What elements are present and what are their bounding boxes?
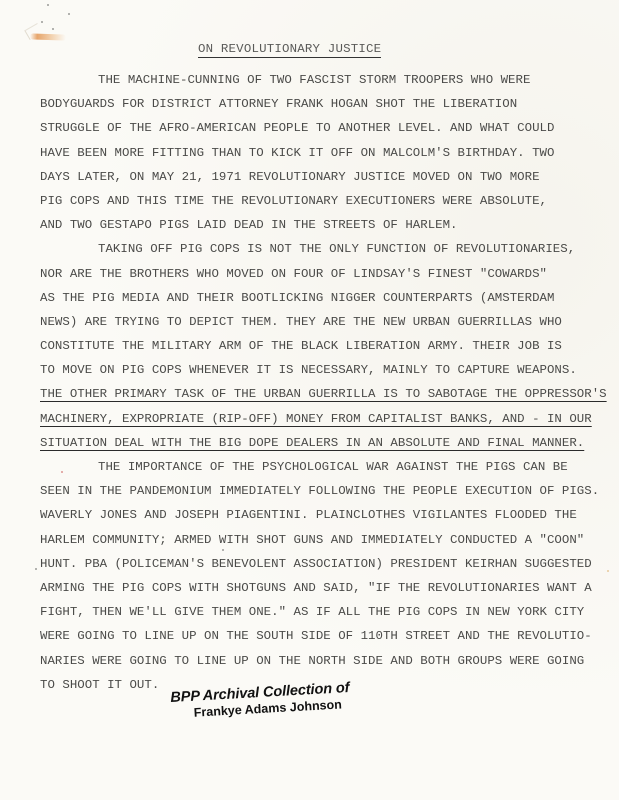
paper-speck [222,549,224,551]
paper-speck [61,471,63,473]
line-text: TO SHOOT IT OUT. [40,678,159,692]
line-text: FIGHT, THEN WE'LL GIVE THEM ONE." AS IF … [40,605,584,619]
paragraph-line: HAVE BEEN MORE FITTING THAN TO KICK IT O… [40,141,615,165]
paragraph-line: ARMING THE PIG COPS WITH SHOTGUNS AND SA… [40,576,615,600]
line-text: HAVE BEEN MORE FITTING THAN TO KICK IT O… [40,146,554,160]
paragraph-line: HUNT. PBA (POLICEMAN'S BENEVOLENT ASSOCI… [40,552,615,576]
paragraph-line: CONSTITUTE THE MILITARY ARM OF THE BLACK… [40,334,615,358]
paragraph-line: PIG COPS AND THIS TIME THE REVOLUTIONARY… [40,189,615,213]
line-text: THE OTHER PRIMARY TASK OF THE URBAN GUER… [40,387,607,401]
line-text: BODYGUARDS FOR DISTRICT ATTORNEY FRANK H… [40,97,517,111]
line-text: NOR ARE THE BROTHERS WHO MOVED ON FOUR O… [40,267,547,281]
line-text: NEWS) ARE TRYING TO DEPICT THEM. THEY AR… [40,315,562,329]
paragraph-line: WAVERLY JONES AND JOSEPH PIAGENTINI. PLA… [40,503,615,527]
paragraph-line: NARIES WERE GOING TO LINE UP ON THE NORT… [40,649,615,673]
line-text: ARMING THE PIG COPS WITH SHOTGUNS AND SA… [40,581,592,595]
document-body: THE MACHINE-CUNNING OF TWO FASCIST STORM… [40,68,615,697]
line-text: AS THE PIG MEDIA AND THEIR BOOTLICKING N… [40,291,554,305]
paragraph-line: SEEN IN THE PANDEMONIUM IMMEDIATELY FOLL… [40,479,615,503]
line-text: STRUGGLE OF THE AFRO-AMERICAN PEOPLE TO … [40,121,554,135]
paragraph-line: HARLEM COMMUNITY; ARMED WITH SHOT GUNS A… [40,528,615,552]
paragraph-line: NOR ARE THE BROTHERS WHO MOVED ON FOUR O… [40,262,615,286]
paragraph-first-line: TAKING OFF PIG COPS IS NOT THE ONLY FUNC… [40,237,615,261]
line-text: MACHINERY, EXPROPRIATE (RIP-OFF) MONEY F… [40,412,592,426]
line-text: CONSTITUTE THE MILITARY ARM OF THE BLACK… [40,339,562,353]
paragraph-line: SITUATION DEAL WITH THE BIG DOPE DEALERS… [40,431,615,455]
paragraph-line: WERE GOING TO LINE UP ON THE SOUTH SIDE … [40,624,615,648]
paper-speck [68,13,70,15]
paragraph-line: TO MOVE ON PIG COPS WHENEVER IT IS NECES… [40,358,615,382]
paper-speck [607,570,609,572]
line-text: WAVERLY JONES AND JOSEPH PIAGENTINI. PLA… [40,508,577,522]
line-text: HARLEM COMMUNITY; ARMED WITH SHOT GUNS A… [40,533,584,547]
paragraph-line: AND TWO GESTAPO PIGS LAID DEAD IN THE ST… [40,213,615,237]
line-text: THE MACHINE-CUNNING OF TWO FASCIST STORM… [98,73,530,87]
line-text: WERE GOING TO LINE UP ON THE SOUTH SIDE … [40,629,592,643]
line-text: HUNT. PBA (POLICEMAN'S BENEVOLENT ASSOCI… [40,557,592,571]
paper-speck [47,4,49,6]
paragraph-line: BODYGUARDS FOR DISTRICT ATTORNEY FRANK H… [40,92,615,116]
paragraph-line: THE OTHER PRIMARY TASK OF THE URBAN GUER… [40,382,615,406]
paper-speck [52,28,54,30]
paragraph-line: FIGHT, THEN WE'LL GIVE THEM ONE." AS IF … [40,600,615,624]
line-text: SITUATION DEAL WITH THE BIG DOPE DEALERS… [40,436,584,450]
line-text: AND TWO GESTAPO PIGS LAID DEAD IN THE ST… [40,218,458,232]
line-text: DAYS LATER, ON MAY 21, 1971 REVOLUTIONAR… [40,170,540,184]
line-text: TAKING OFF PIG COPS IS NOT THE ONLY FUNC… [98,242,575,256]
document-page: ON REVOLUTIONARY JUSTICE THE MACHINE-CUN… [0,0,619,800]
line-text: NARIES WERE GOING TO LINE UP ON THE NORT… [40,654,584,668]
paragraph-line: NEWS) ARE TRYING TO DEPICT THEM. THEY AR… [40,310,615,334]
paragraph-first-line: THE IMPORTANCE OF THE PSYCHOLOGICAL WAR … [40,455,615,479]
paragraph-line: MACHINERY, EXPROPRIATE (RIP-OFF) MONEY F… [40,407,615,431]
paper-speck [35,568,37,570]
line-text: TO MOVE ON PIG COPS WHENEVER IT IS NECES… [40,363,577,377]
paragraph-line: AS THE PIG MEDIA AND THEIR BOOTLICKING N… [40,286,615,310]
paper-speck [41,21,43,23]
paragraph-first-line: THE MACHINE-CUNNING OF TWO FASCIST STORM… [40,68,615,92]
paragraph-line: DAYS LATER, ON MAY 21, 1971 REVOLUTIONAR… [40,165,615,189]
line-text: SEEN IN THE PANDEMONIUM IMMEDIATELY FOLL… [40,484,599,498]
line-text: THE IMPORTANCE OF THE PSYCHOLOGICAL WAR … [98,460,568,474]
ink-smudge-mark [30,33,66,40]
paragraph-line: STRUGGLE OF THE AFRO-AMERICAN PEOPLE TO … [40,116,615,140]
document-title: ON REVOLUTIONARY JUSTICE [198,42,381,58]
line-text: PIG COPS AND THIS TIME THE REVOLUTIONARY… [40,194,547,208]
